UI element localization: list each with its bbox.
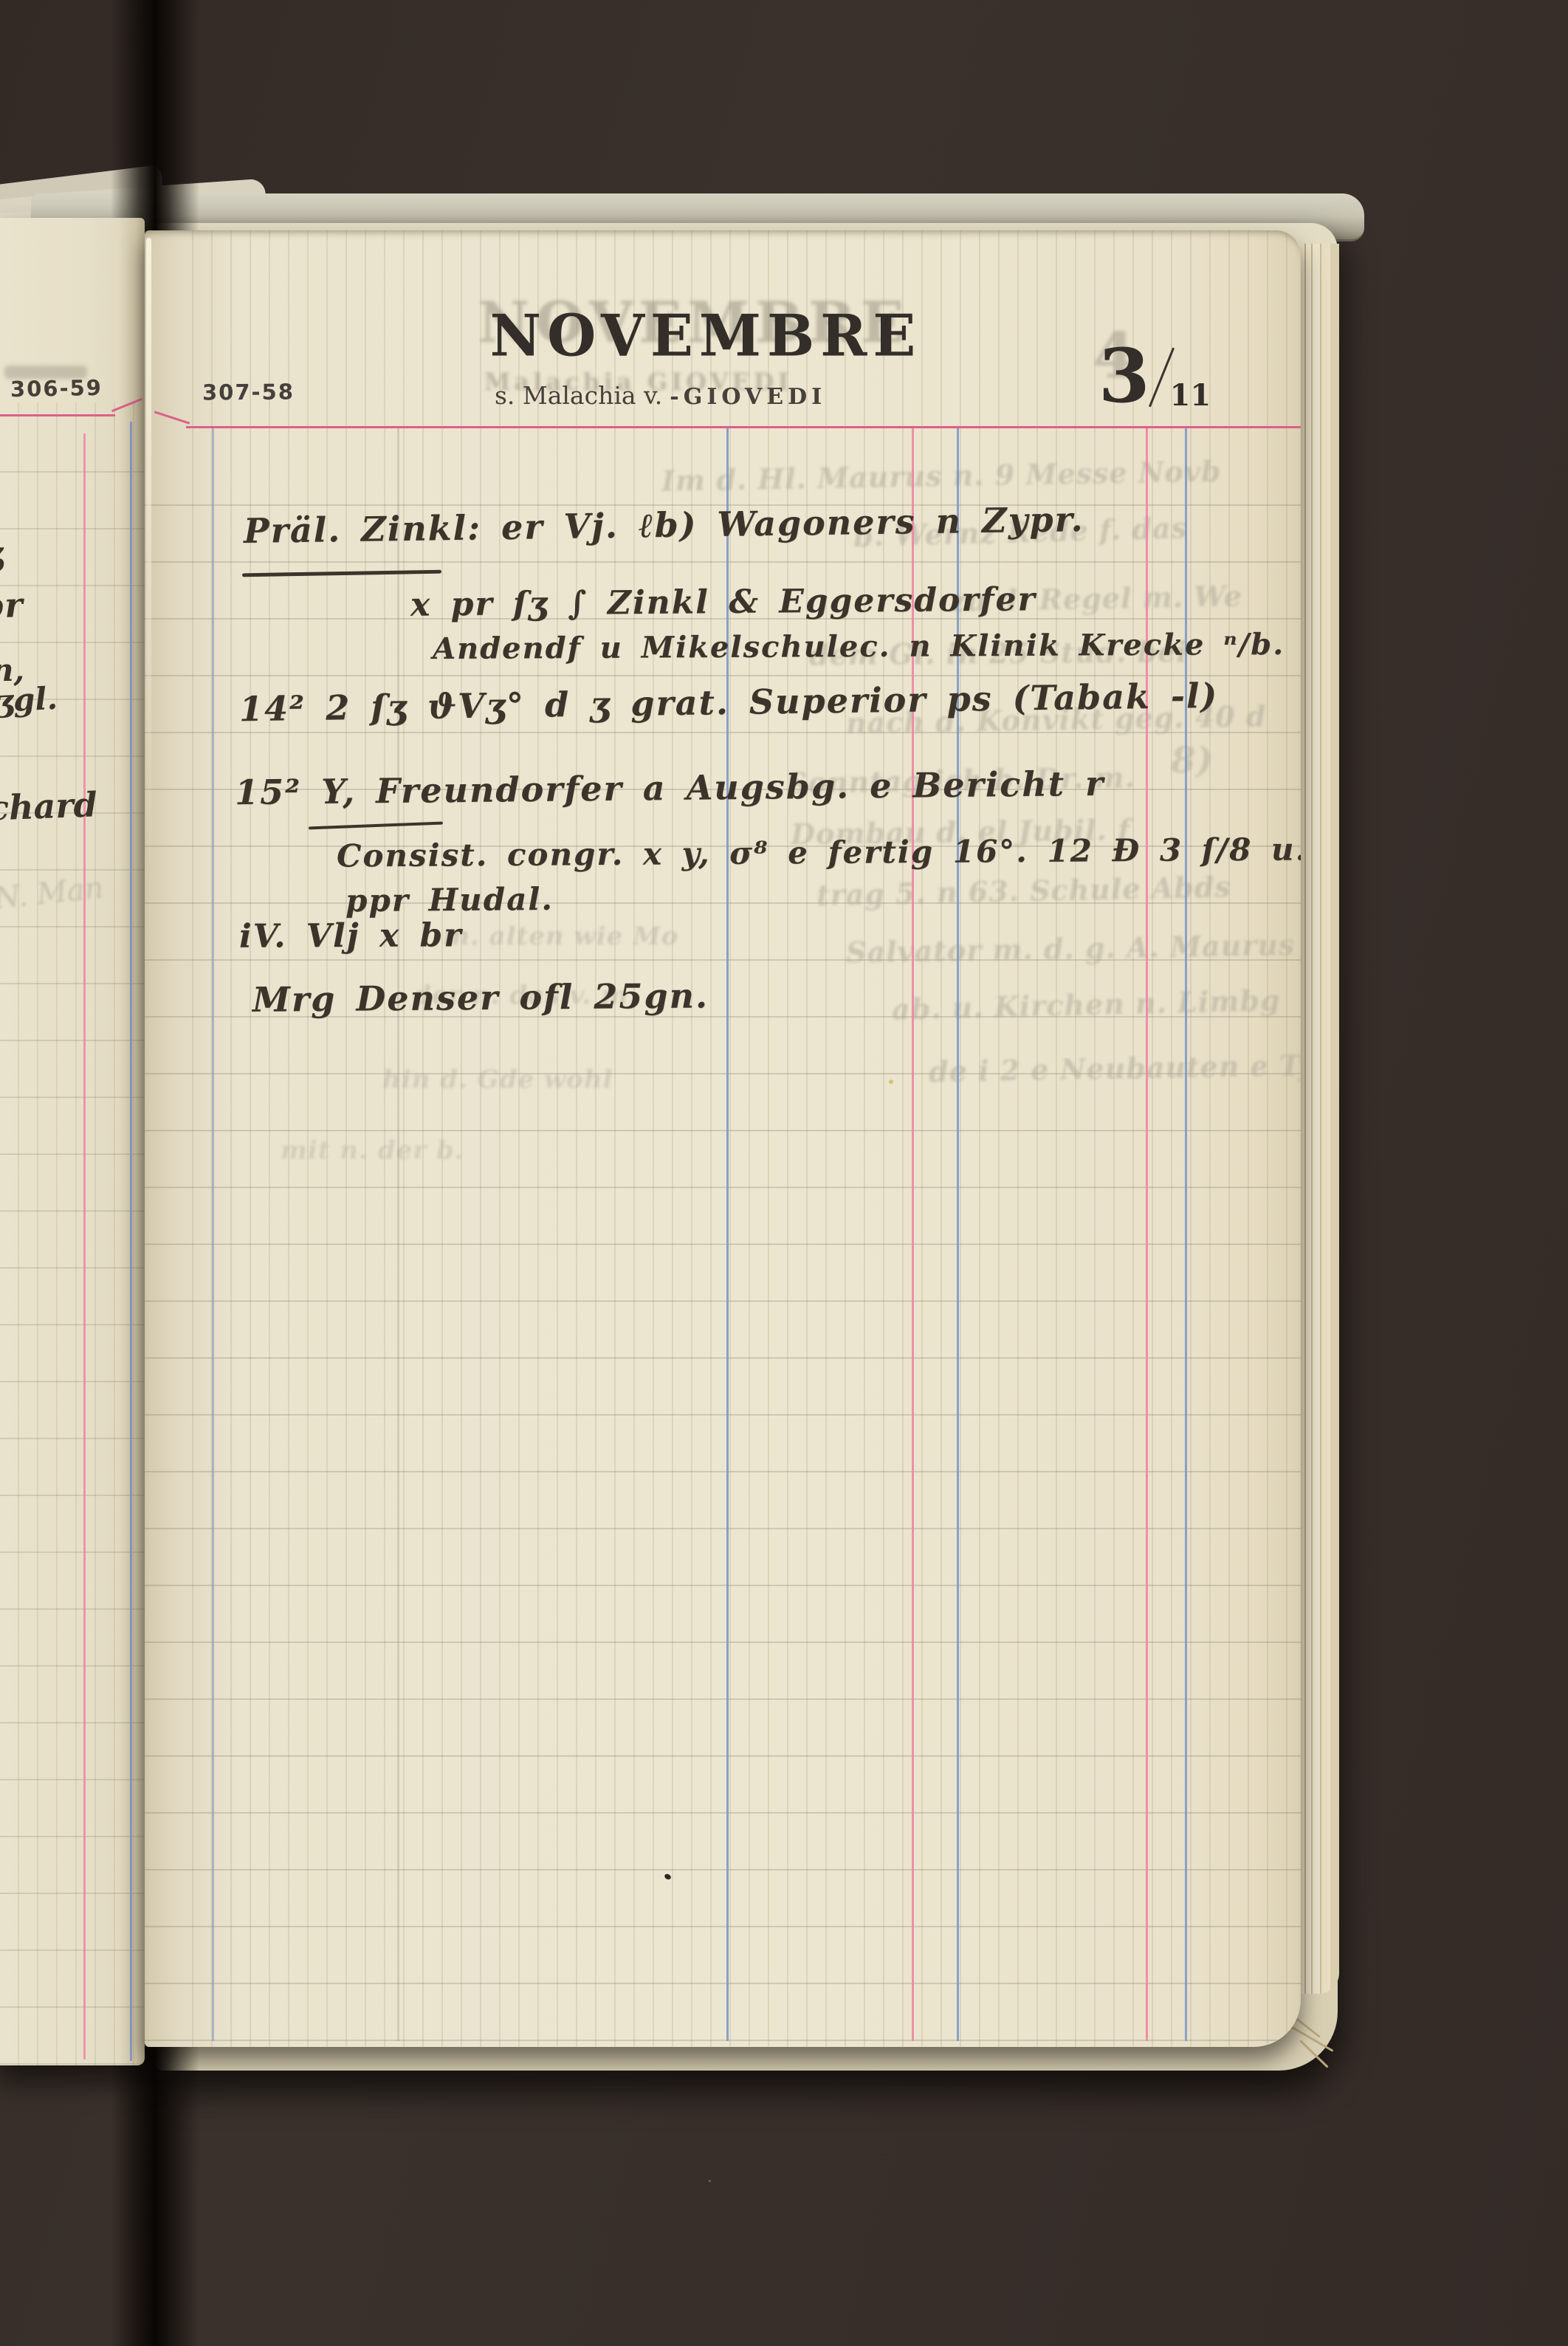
column-line-blue (1185, 428, 1187, 2041)
header-rule-pink (186, 426, 1301, 428)
paper-fleck (889, 1080, 893, 1084)
bleedthrough-line: hin d. Gde wohl (382, 1065, 613, 1094)
date-block: 3 11 (1098, 343, 1211, 413)
column-line-blue (957, 428, 959, 2041)
month-title: NOVEMBRE (462, 302, 949, 369)
left-page-blue-line (130, 422, 132, 2061)
bleedthrough-line: de i 2 e Neubauten e Typ (929, 1048, 1301, 1088)
column-line-blue (726, 428, 729, 2041)
fore-edge-sheet-stack (1301, 244, 1339, 1994)
weekday: GIOVEDI (684, 384, 826, 410)
bleedthrough-line: m. alten wie Mo (443, 922, 678, 951)
entry-line: iV. Vlj x br (239, 916, 463, 956)
entry-line: ppr Hudal. (345, 881, 554, 919)
handwriting-fragment: br (0, 585, 23, 626)
saint-weekday-line: s. Malachia v.-GIOVEDI (495, 381, 826, 410)
handwriting-fragment: chard (0, 784, 98, 828)
column-line-pink (912, 428, 914, 2041)
entry-line: x pr ſʒ ∫ Zinkl & Eggersdorfer (410, 580, 1036, 623)
left-page-pink-line (83, 433, 86, 2059)
bleedthrough-line: 8) (1171, 740, 1214, 781)
diary-scan-scene: 306-59 ʒ br n, ʒgl. chard N. Man Im d. H… (0, 0, 1568, 2346)
paper-speck (709, 2180, 711, 2182)
entry-line: Andendf u Mikelschulec. n Klinik Krecke … (433, 627, 1285, 666)
left-page-header-rule (0, 414, 115, 416)
saint-separator: - (670, 384, 678, 410)
bleedthrough-line: mit n. der b. (281, 1136, 464, 1165)
entry-line: Mrg Denser ofl 25gn. (252, 975, 709, 1019)
gutter-fold-highlight (146, 238, 151, 888)
handwriting-fragment: ʒgl. (0, 680, 58, 719)
margin-line-blue (212, 428, 214, 2041)
page-ref: 307-58 (202, 379, 295, 405)
main-page: Im d. Hl. Maurus n. 9 Messe Novb b. Wern… (145, 230, 1301, 2047)
column-line-grey (397, 428, 399, 2041)
saint-name: s. Malachia v. (495, 381, 662, 410)
column-line-pink (1146, 428, 1148, 2041)
entry-line: Consist. congr. x y, σ⁸ e fertig 16°. 12… (337, 831, 1301, 874)
left-page-ref: 306-59 (10, 375, 103, 402)
month-number: 11 (1170, 378, 1211, 413)
day-number: 3 (1098, 343, 1150, 409)
left-page: 306-59 ʒ br n, ʒgl. chard N. Man (0, 218, 145, 2065)
